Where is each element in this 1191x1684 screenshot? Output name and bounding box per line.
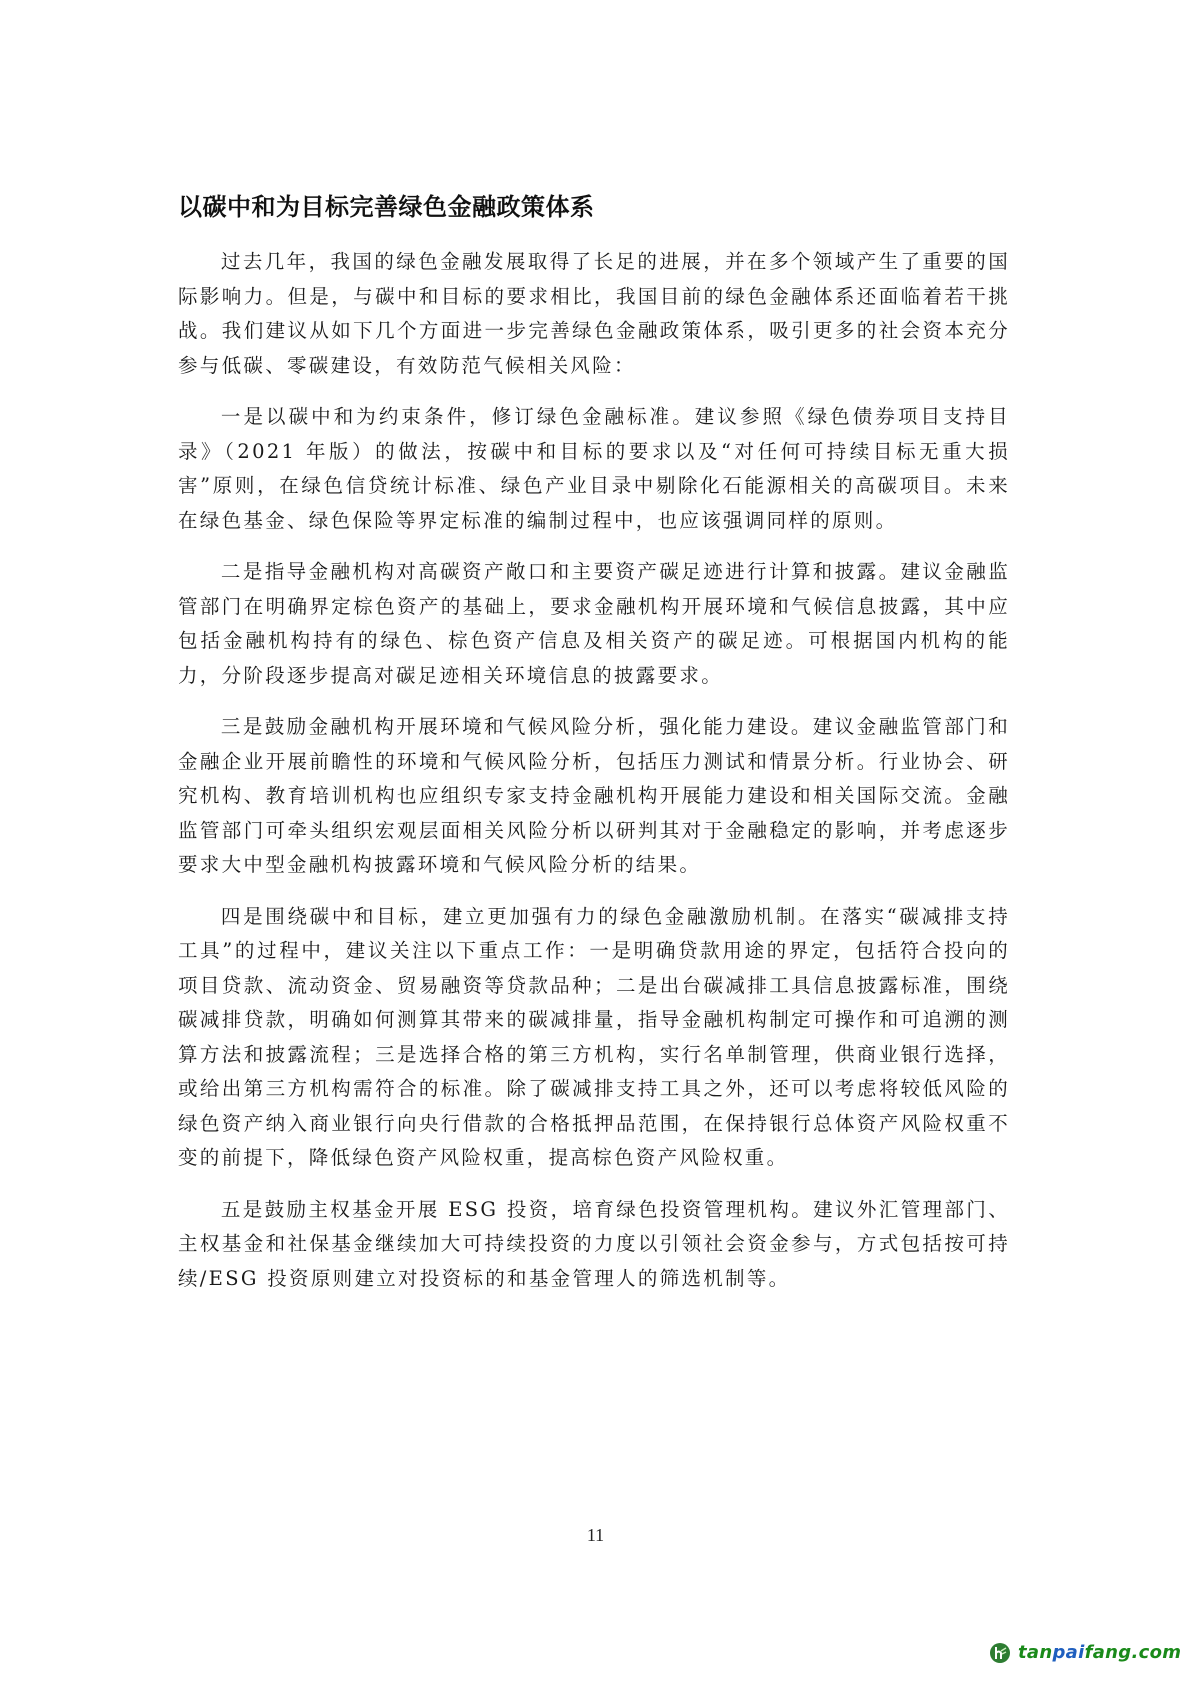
- watermark-text-prefix: tan: [1018, 1642, 1052, 1663]
- page-number: 11: [0, 1525, 1191, 1546]
- paragraph-intro: 过去几年，我国的绿色金融发展取得了长足的进展，并在多个领域产生了重要的国际影响力…: [178, 245, 1010, 383]
- paragraph-point-1: 一是以碳中和为约束条件，修订绿色金融标准。建议参照《绿色债券项目支持目录》（20…: [178, 400, 1010, 538]
- section-title: 以碳中和为目标完善绿色金融政策体系: [178, 190, 595, 224]
- watermark-logo[interactable]: tanpaifang.com: [990, 1642, 1181, 1663]
- paragraph-point-4: 四是围绕碳中和目标，建立更加强有力的绿色金融激励机制。在落实“碳减排支持工具”的…: [178, 900, 1010, 1176]
- document-page: 以碳中和为目标完善绿色金融政策体系 过去几年，我国的绿色金融发展取得了长足的进展…: [0, 0, 1191, 1684]
- paragraph-point-5: 五是鼓励主权基金开展 ESG 投资，培育绿色投资管理机构。建议外汇管理部门、主权…: [178, 1193, 1010, 1297]
- paragraph-point-2: 二是指导金融机构对高碳资产敞口和主要资产碳足迹进行计算和披露。建议金融监管部门在…: [178, 555, 1010, 693]
- body-text: 过去几年，我国的绿色金融发展取得了长足的进展，并在多个领域产生了重要的国际影响力…: [178, 245, 1010, 1313]
- watermark-text-suffix: fang.com: [1085, 1642, 1182, 1663]
- watermark-text: tanpaifang.com: [1018, 1642, 1181, 1663]
- paragraph-point-3: 三是鼓励金融机构开展环境和气候风险分析，强化能力建设。建议金融监管部门和金融企业…: [178, 710, 1010, 883]
- tanpaifang-logo-icon: [990, 1643, 1010, 1663]
- watermark-text-highlight: pai: [1052, 1642, 1084, 1663]
